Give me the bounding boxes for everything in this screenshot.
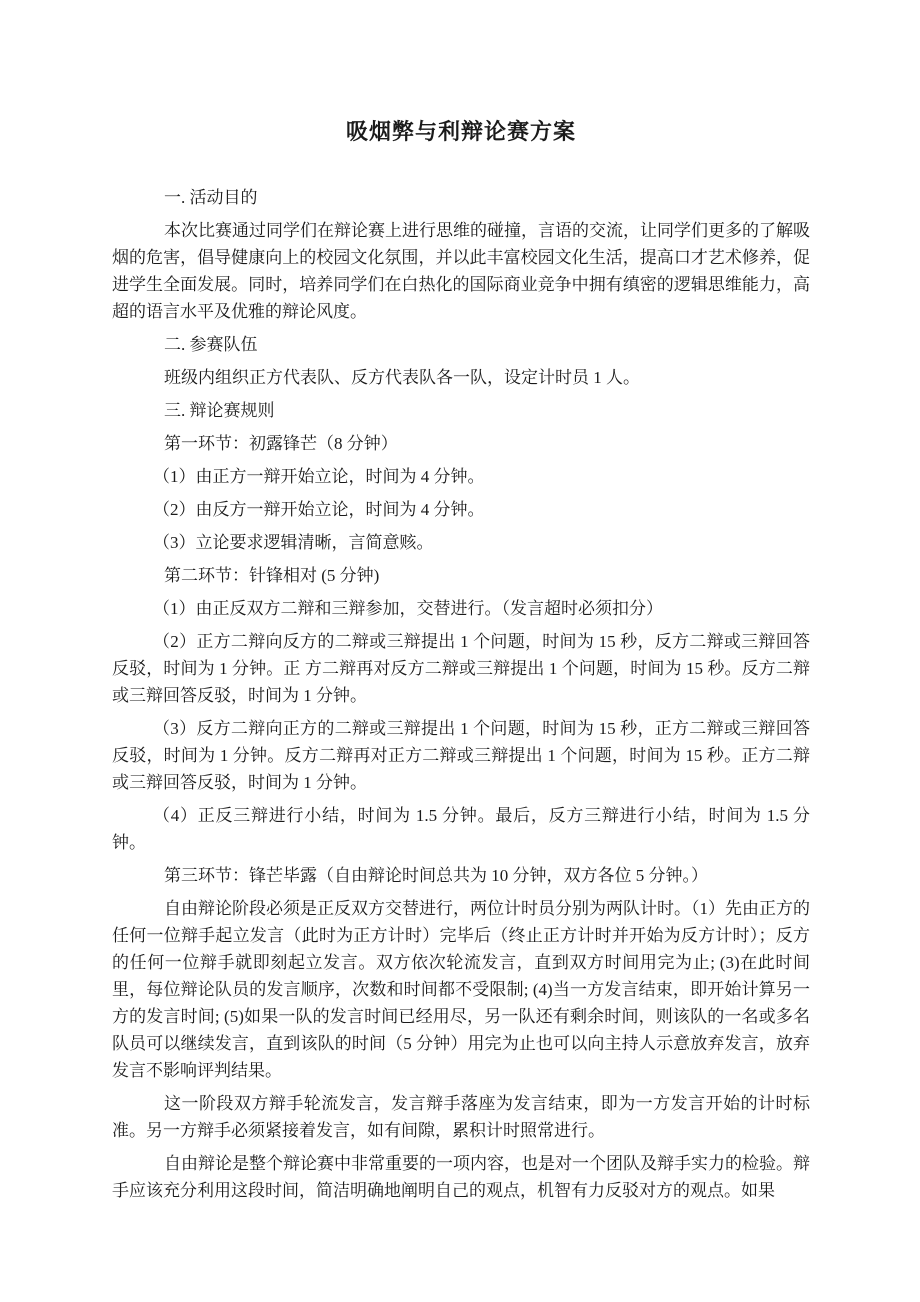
document-page: 吸烟弊与利辩论赛方案 一. 活动目的 本次比赛通过同学们在辩论赛上进行思维的碰撞… — [0, 0, 920, 1302]
para-round2-item2: （2）正方二辩向反方的二辩或三辩提出 1 个问题，时间为 15 秒，反方二辩或三… — [112, 628, 810, 709]
para-round1-item3: （3）立论要求逻辑清晰，言简意赅。 — [112, 529, 810, 556]
para-round2-item1: （1）由正反双方二辩和三辩参加，交替进行。（发言超时必须扣分） — [112, 595, 810, 622]
para-free-debate-rules: 自由辩论阶段必须是正反双方交替进行，两位计时员分别为两队计时。（1）先由正方的任… — [112, 895, 810, 1084]
para-round2-item4: （4）正反三辩进行小结，时间为 1.5 分钟。最后，反方三辩进行小结，时间为 1… — [112, 802, 810, 856]
subheading-round2: 第二环节：针锋相对 (5 分钟) — [112, 562, 810, 589]
para-free-debate-timing: 这一阶段双方辩手轮流发言，发言辩手落座为发言结束，即为一方发言开始的计时标准。另… — [112, 1090, 810, 1144]
para-round1-item1: （1）由正方一辩开始立论，时间为 4 分钟。 — [112, 463, 810, 490]
subheading-round3: 第三环节：锋芒毕露（自由辩论时间总共为 10 分钟，双方各位 5 分钟。） — [112, 862, 810, 889]
para-free-debate-importance: 自由辩论是整个辩论赛中非常重要的一项内容，也是对一个团队及辩手实力的检验。辩手应… — [112, 1150, 810, 1204]
para-round2-item3: （3）反方二辩向正方的二辩或三辩提出 1 个问题，时间为 15 秒，正方二辩或三… — [112, 715, 810, 796]
para-teams: 班级内组织正方代表队、反方代表队各一队，设定计时员 1 人。 — [112, 364, 810, 391]
heading-activity-purpose: 一. 活动目的 — [112, 184, 810, 211]
document-title: 吸烟弊与利辩论赛方案 — [112, 116, 810, 148]
heading-teams: 二. 参赛队伍 — [112, 331, 810, 358]
para-round1-item2: （2）由反方一辩开始立论，时间为 4 分钟。 — [112, 496, 810, 523]
subheading-round1: 第一环节：初露锋芒（8 分钟） — [112, 430, 810, 457]
heading-rules: 三. 辩论赛规则 — [112, 397, 810, 424]
para-activity-purpose: 本次比赛通过同学们在辩论赛上进行思维的碰撞，言语的交流，让同学们更多的了解吸烟的… — [112, 217, 810, 325]
